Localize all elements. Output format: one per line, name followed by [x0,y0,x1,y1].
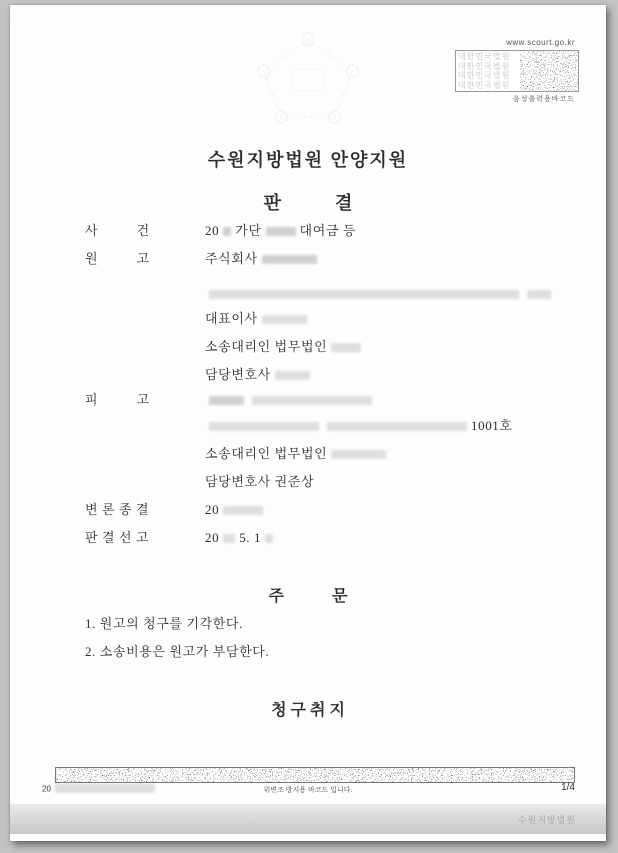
order-item-1: 1. 원고의 청구를 기각한다. [85,613,243,632]
stamp-watermark-row: 대한민국법원 [458,81,518,90]
redaction [266,227,296,236]
footer-court-name: 수원지방법원 [518,813,576,826]
court-url: www.scourt.go.kr [506,38,575,47]
footer-band: 수원지방법원 [10,804,606,834]
redaction [209,290,519,299]
redaction [265,534,273,543]
document-page: www.scourt.go.kr 대한민국법원 대한민국법원 대한민국법원 대한… [10,5,606,841]
case-value: 20가단대여금 등 [205,222,356,239]
case-label: 사 건 [85,222,150,239]
plaintiff-address [205,285,555,302]
barcode-note: 위변조 방지용 바코드 입니다. [10,785,606,795]
redaction [223,534,235,543]
defendant-name [205,391,376,408]
closing-label: 변 론 종 결 [85,501,149,518]
redaction [327,422,467,431]
court-seal-watermark [253,31,363,126]
defendant-label: 피 고 [85,391,150,408]
order-item-2: 2. 소송비용은 원고가 부담한다. [85,641,269,660]
stamp-watermark-text: 대한민국법원 대한민국법원 대한민국법원 대한민국법원 [456,51,520,91]
redaction [209,422,319,431]
sentencing-label: 판 결 선 고 [85,529,149,546]
redaction [209,396,244,405]
redaction [262,255,317,264]
court-title: 수원지방법원 안양지원 [10,146,606,172]
page-number: 1/4 [561,782,575,793]
ceo: 대표이사 [205,310,311,327]
redaction [331,450,386,459]
redaction [262,315,307,324]
redaction [527,290,551,299]
anti-forgery-barcode [55,767,575,783]
defendant-address: 1001호 [205,417,513,434]
redaction [252,396,372,405]
scanned-judgment-document: www.scourt.go.kr 대한민국법원 대한민국법원 대한민국법원 대한… [0,0,618,853]
stamp-watermark-row: 대한민국법원 [458,52,518,61]
redaction [275,371,310,380]
stamp-watermark-row: 대한민국법원 [458,71,518,80]
closing-date: 20 [205,501,267,518]
order-heading: 주 문 [10,583,606,606]
redaction [223,227,231,236]
plaintiff-counsel: 소송대리인 법무법인 [205,338,365,355]
anti-forgery-stamp: 대한민국법원 대한민국법원 대한민국법원 대한민국법원 [455,50,579,92]
defendant-attorney: 담당변호사 권준상 [205,473,314,490]
sentencing-date: 205. 1 [205,529,277,546]
qr-code [520,51,578,91]
plaintiff-name: 주식회사 [205,250,321,267]
redaction [223,506,263,515]
document-type-title: 판 결 [10,189,606,215]
stamp-label: 음성출력용바코드 [513,94,575,104]
plaintiff-attorney: 담당변호사 [205,366,314,383]
claim-heading: 청 구 취 지 [10,697,606,720]
plaintiff-label: 원 고 [85,250,150,267]
redaction [331,343,361,352]
defendant-counsel: 소송대리인 법무법인 [205,445,390,462]
stamp-watermark-row: 대한민국법원 [458,62,518,71]
